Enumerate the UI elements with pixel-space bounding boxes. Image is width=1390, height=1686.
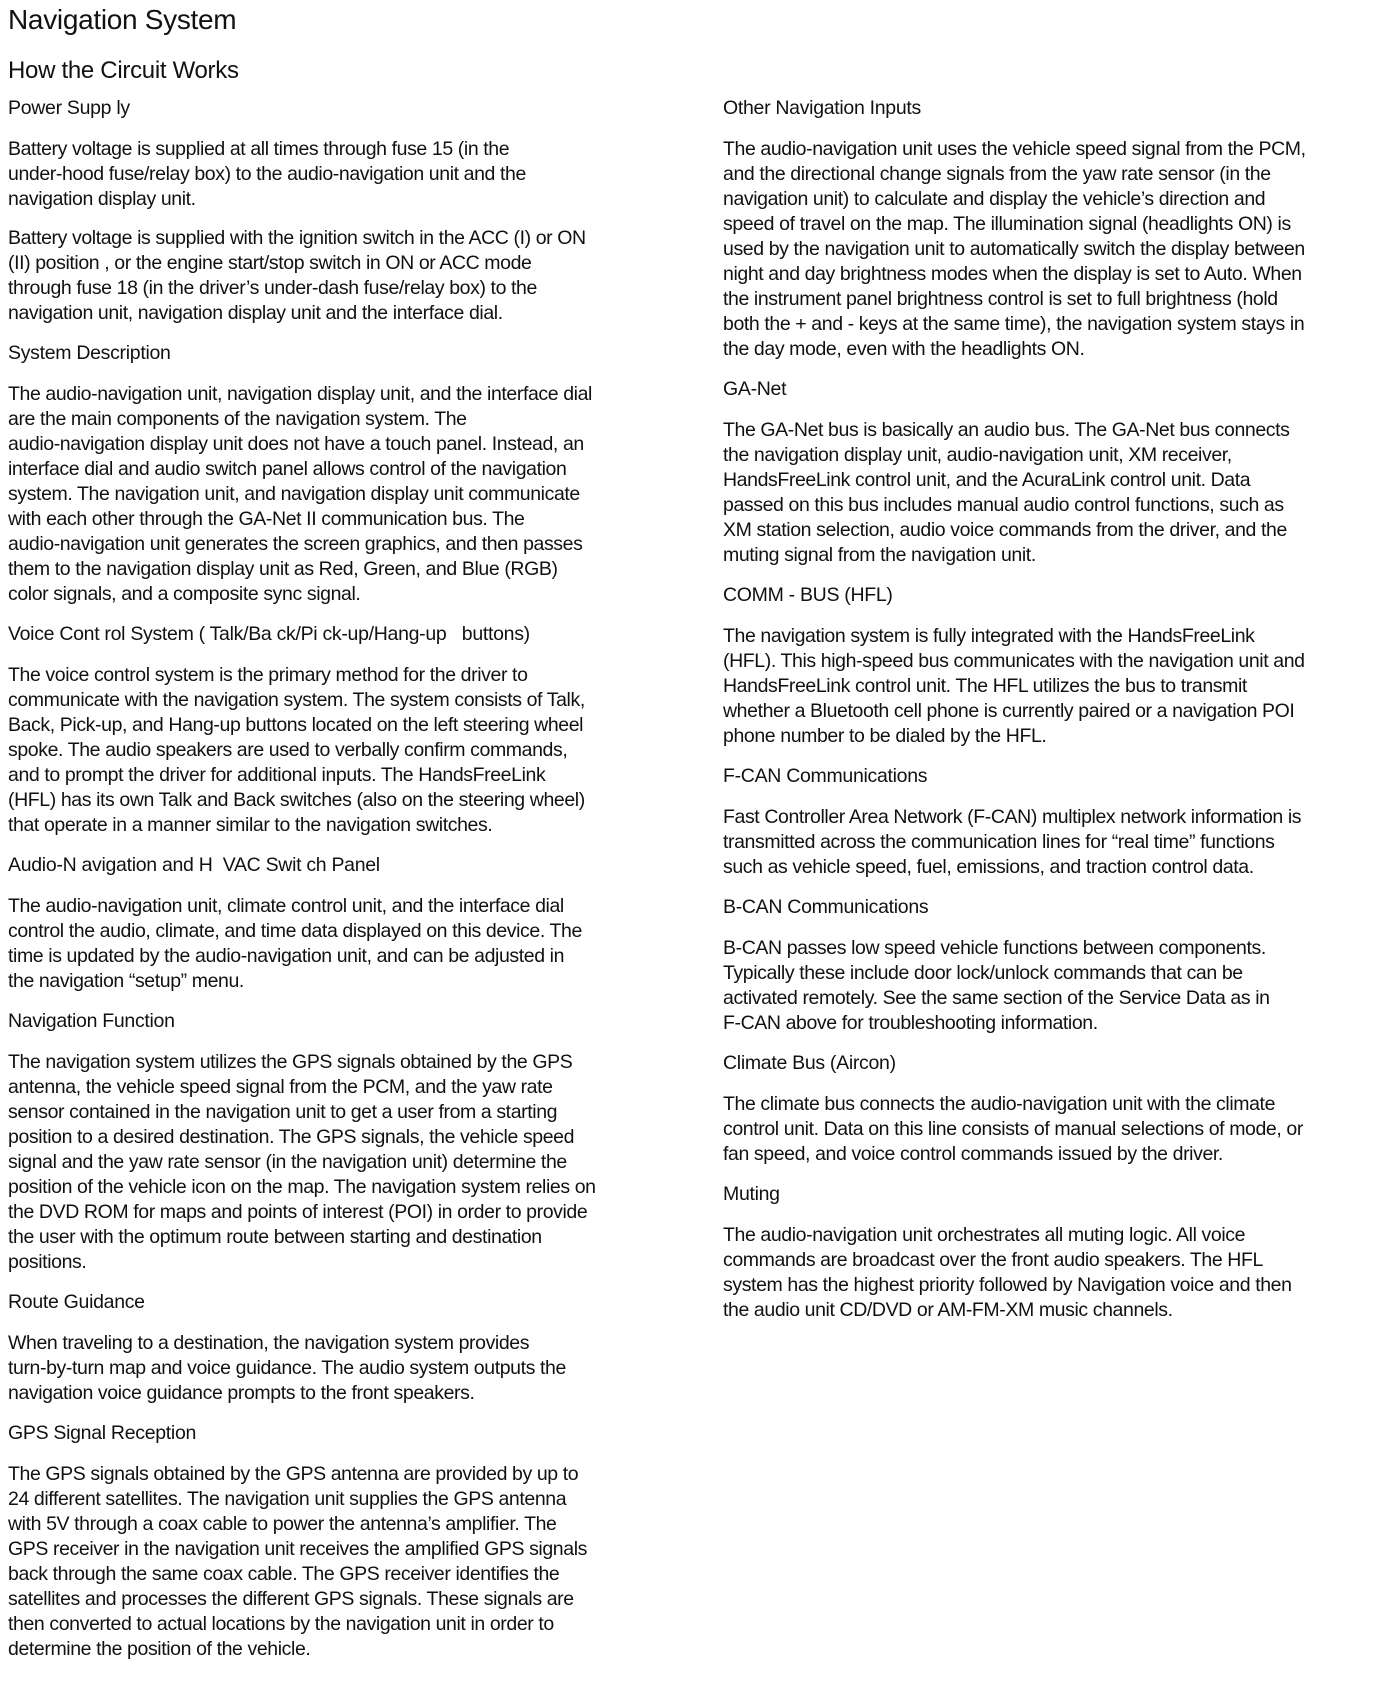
- text-line: such as vehicle speed, fuel, emissions, …: [723, 855, 1388, 880]
- text-line: audio-navigation display unit does not h…: [8, 432, 688, 457]
- document-section: Other Navigation InputsThe audio-navigat…: [723, 96, 1388, 362]
- text-line: GPS receiver in the navigation unit rece…: [8, 1537, 688, 1562]
- paragraph: The audio-navigation unit, navigation di…: [8, 382, 688, 607]
- section-body: B-CAN passes low speed vehicle functions…: [723, 936, 1388, 1036]
- text-line: commands are broadcast over the front au…: [723, 1248, 1388, 1273]
- text-line: back through the same coax cable. The GP…: [8, 1562, 688, 1587]
- paragraph: The navigation system utilizes the GPS s…: [8, 1050, 688, 1275]
- paragraph: The GA-Net bus is basically an audio bus…: [723, 418, 1388, 568]
- text-line: time is updated by the audio-navigation …: [8, 944, 688, 969]
- text-line: with 5V through a coax cable to power th…: [8, 1512, 688, 1537]
- text-line: XM station selection, audio voice comman…: [723, 518, 1388, 543]
- text-line: navigation unit) to calculate and displa…: [723, 187, 1388, 212]
- document-section: Navigation FunctionThe navigation system…: [8, 1009, 688, 1275]
- document-section: COMM - BUS (HFL)The navigation system is…: [723, 583, 1388, 749]
- text-line: The GA-Net bus is basically an audio bus…: [723, 418, 1388, 443]
- text-line: F-CAN above for troubleshooting informat…: [723, 1011, 1388, 1036]
- section-heading: Power Supp ly: [8, 96, 688, 121]
- text-line: positions.: [8, 1250, 688, 1275]
- text-line: whether a Bluetooth cell phone is curren…: [723, 699, 1388, 724]
- section-heading: COMM - BUS (HFL): [723, 583, 1388, 608]
- section-body: The audio-navigation unit uses the vehic…: [723, 137, 1388, 362]
- text-line: antenna, the vehicle speed signal from t…: [8, 1075, 688, 1100]
- text-line: HandsFreeLink control unit, and the Acur…: [723, 468, 1388, 493]
- section-body: The navigation system is fully integrate…: [723, 624, 1388, 749]
- text-line: the day mode, even with the headlights O…: [723, 337, 1388, 362]
- text-line: Fast Controller Area Network (F-CAN) mul…: [723, 805, 1388, 830]
- paragraph: The audio-navigation unit uses the vehic…: [723, 137, 1388, 362]
- document-section: GPS Signal ReceptionThe GPS signals obta…: [8, 1421, 688, 1662]
- paragraph: Fast Controller Area Network (F-CAN) mul…: [723, 805, 1388, 880]
- document-section: Audio-N avigation and H VAC Swit ch Pane…: [8, 853, 688, 994]
- text-line: audio-navigation unit generates the scre…: [8, 532, 688, 557]
- section-body: The audio-navigation unit orchestrates a…: [723, 1223, 1388, 1323]
- text-line: Battery voltage is supplied at all times…: [8, 137, 688, 162]
- paragraph: Battery voltage is supplied at all times…: [8, 137, 688, 212]
- section-heading: System Description: [8, 341, 688, 366]
- text-line: that operate in a manner similar to the …: [8, 813, 688, 838]
- text-line: satellites and processes the different G…: [8, 1587, 688, 1612]
- text-line: are the main components of the navigatio…: [8, 407, 688, 432]
- paragraph: The navigation system is fully integrate…: [723, 624, 1388, 749]
- section-heading: B-CAN Communications: [723, 895, 1388, 920]
- text-line: and the directional change signals from …: [723, 162, 1388, 187]
- text-line: phone number to be dialed by the HFL.: [723, 724, 1388, 749]
- text-line: night and day brightness modes when the …: [723, 262, 1388, 287]
- text-line: Back, Pick-up, and Hang-up buttons locat…: [8, 713, 688, 738]
- section-body: The navigation system utilizes the GPS s…: [8, 1050, 688, 1275]
- text-line: The navigation system utilizes the GPS s…: [8, 1050, 688, 1075]
- text-line: interface dial and audio switch panel al…: [8, 457, 688, 482]
- section-heading: Route Guidance: [8, 1290, 688, 1315]
- text-line: (HFL) has its own Talk and Back switches…: [8, 788, 688, 813]
- right-column: Other Navigation InputsThe audio-navigat…: [723, 96, 1388, 1338]
- section-body: The audio-navigation unit, climate contr…: [8, 894, 688, 994]
- text-line: The GPS signals obtained by the GPS ante…: [8, 1462, 688, 1487]
- section-heading: F-CAN Communications: [723, 764, 1388, 789]
- text-line: used by the navigation unit to automatic…: [723, 237, 1388, 262]
- text-line: 24 different satellites. The navigation …: [8, 1487, 688, 1512]
- paragraph: The audio-navigation unit, climate contr…: [8, 894, 688, 994]
- text-line: Battery voltage is supplied with the ign…: [8, 226, 688, 251]
- text-line: The climate bus connects the audio-navig…: [723, 1092, 1388, 1117]
- text-line: under-hood fuse/relay box) to the audio-…: [8, 162, 688, 187]
- text-line: fan speed, and voice control commands is…: [723, 1142, 1388, 1167]
- text-line: with each other through the GA-Net II co…: [8, 507, 688, 532]
- document-section: Power Supp lyBattery voltage is supplied…: [8, 96, 688, 326]
- document-section: MutingThe audio-navigation unit orchestr…: [723, 1182, 1388, 1323]
- document-section: Climate Bus (Aircon)The climate bus conn…: [723, 1051, 1388, 1167]
- text-line: both the + and - keys at the same time),…: [723, 312, 1388, 337]
- text-line: navigation display unit.: [8, 187, 688, 212]
- paragraph: The audio-navigation unit orchestrates a…: [723, 1223, 1388, 1323]
- text-line: determine the position of the vehicle.: [8, 1637, 688, 1662]
- text-line: turn-by-turn map and voice guidance. The…: [8, 1356, 688, 1381]
- section-body: The GPS signals obtained by the GPS ante…: [8, 1462, 688, 1662]
- page-title: Navigation System: [8, 2, 236, 38]
- section-body: The GA-Net bus is basically an audio bus…: [723, 418, 1388, 568]
- section-heading: Voice Cont rol System ( Talk/Ba ck/Pi ck…: [8, 622, 688, 647]
- text-line: the navigation “setup” menu.: [8, 969, 688, 994]
- section-heading: Other Navigation Inputs: [723, 96, 1388, 121]
- left-column: Power Supp lyBattery voltage is supplied…: [8, 96, 688, 1677]
- text-line: The audio-navigation unit, navigation di…: [8, 382, 688, 407]
- section-body: Fast Controller Area Network (F-CAN) mul…: [723, 805, 1388, 880]
- text-line: spoke. The audio speakers are used to ve…: [8, 738, 688, 763]
- text-line: position to a desired destination. The G…: [8, 1125, 688, 1150]
- text-line: sensor contained in the navigation unit …: [8, 1100, 688, 1125]
- text-line: the navigation display unit, audio-navig…: [723, 443, 1388, 468]
- document-section: F-CAN CommunicationsFast Controller Area…: [723, 764, 1388, 880]
- text-line: through fuse 18 (in the driver’s under-d…: [8, 276, 688, 301]
- text-line: HandsFreeLink control unit. The HFL util…: [723, 674, 1388, 699]
- text-line: B-CAN passes low speed vehicle functions…: [723, 936, 1388, 961]
- text-line: system. The navigation unit, and navigat…: [8, 482, 688, 507]
- section-body: Battery voltage is supplied at all times…: [8, 137, 688, 326]
- text-line: system has the highest priority followed…: [723, 1273, 1388, 1298]
- text-line: The navigation system is fully integrate…: [723, 624, 1388, 649]
- text-line: and to prompt the driver for additional …: [8, 763, 688, 788]
- text-line: (II) position , or the engine start/stop…: [8, 251, 688, 276]
- document-section: B-CAN CommunicationsB-CAN passes low spe…: [723, 895, 1388, 1036]
- text-line: the DVD ROM for maps and points of inter…: [8, 1200, 688, 1225]
- text-line: them to the navigation display unit as R…: [8, 557, 688, 582]
- paragraph: B-CAN passes low speed vehicle functions…: [723, 936, 1388, 1036]
- text-line: signal and the yaw rate sensor (in the n…: [8, 1150, 688, 1175]
- paragraph: When traveling to a destination, the nav…: [8, 1331, 688, 1406]
- page-subtitle: How the Circuit Works: [8, 55, 239, 87]
- text-line: (HFL). This high-speed bus communicates …: [723, 649, 1388, 674]
- document-page: Navigation System How the Circuit Works …: [0, 0, 1390, 1686]
- text-line: Typically these include door lock/unlock…: [723, 961, 1388, 986]
- section-body: The climate bus connects the audio-navig…: [723, 1092, 1388, 1167]
- section-heading: Climate Bus (Aircon): [723, 1051, 1388, 1076]
- text-line: navigation voice guidance prompts to the…: [8, 1381, 688, 1406]
- text-line: The audio-navigation unit, climate contr…: [8, 894, 688, 919]
- text-line: the instrument panel brightness control …: [723, 287, 1388, 312]
- document-section: GA-NetThe GA-Net bus is basically an aud…: [723, 377, 1388, 568]
- text-line: position of the vehicle icon on the map.…: [8, 1175, 688, 1200]
- section-body: When traveling to a destination, the nav…: [8, 1331, 688, 1406]
- paragraph: The voice control system is the primary …: [8, 663, 688, 838]
- document-section: System DescriptionThe audio-navigation u…: [8, 341, 688, 607]
- section-body: The voice control system is the primary …: [8, 663, 688, 838]
- text-line: transmitted across the communication lin…: [723, 830, 1388, 855]
- text-line: control unit. Data on this line consists…: [723, 1117, 1388, 1142]
- text-line: then converted to actual locations by th…: [8, 1612, 688, 1637]
- section-body: The audio-navigation unit, navigation di…: [8, 382, 688, 607]
- text-line: The audio-navigation unit uses the vehic…: [723, 137, 1388, 162]
- text-line: passed on this bus includes manual audio…: [723, 493, 1388, 518]
- paragraph: The GPS signals obtained by the GPS ante…: [8, 1462, 688, 1662]
- text-line: color signals, and a composite sync sign…: [8, 582, 688, 607]
- text-line: The audio-navigation unit orchestrates a…: [723, 1223, 1388, 1248]
- text-line: communicate with the navigation system. …: [8, 688, 688, 713]
- text-line: control the audio, climate, and time dat…: [8, 919, 688, 944]
- text-line: The voice control system is the primary …: [8, 663, 688, 688]
- section-heading: GA-Net: [723, 377, 1388, 402]
- text-line: speed of travel on the map. The illumina…: [723, 212, 1388, 237]
- section-heading: Navigation Function: [8, 1009, 688, 1034]
- text-line: navigation unit, navigation display unit…: [8, 301, 688, 326]
- section-heading: Muting: [723, 1182, 1388, 1207]
- paragraph: Battery voltage is supplied with the ign…: [8, 226, 688, 326]
- text-line: When traveling to a destination, the nav…: [8, 1331, 688, 1356]
- document-section: Route GuidanceWhen traveling to a destin…: [8, 1290, 688, 1406]
- text-line: the audio unit CD/DVD or AM-FM-XM music …: [723, 1298, 1388, 1323]
- text-line: muting signal from the navigation unit.: [723, 543, 1388, 568]
- text-line: activated remotely. See the same section…: [723, 986, 1388, 1011]
- document-section: Voice Cont rol System ( Talk/Ba ck/Pi ck…: [8, 622, 688, 838]
- paragraph: The climate bus connects the audio-navig…: [723, 1092, 1388, 1167]
- section-heading: GPS Signal Reception: [8, 1421, 688, 1446]
- text-line: the user with the optimum route between …: [8, 1225, 688, 1250]
- section-heading: Audio-N avigation and H VAC Swit ch Pane…: [8, 853, 688, 878]
